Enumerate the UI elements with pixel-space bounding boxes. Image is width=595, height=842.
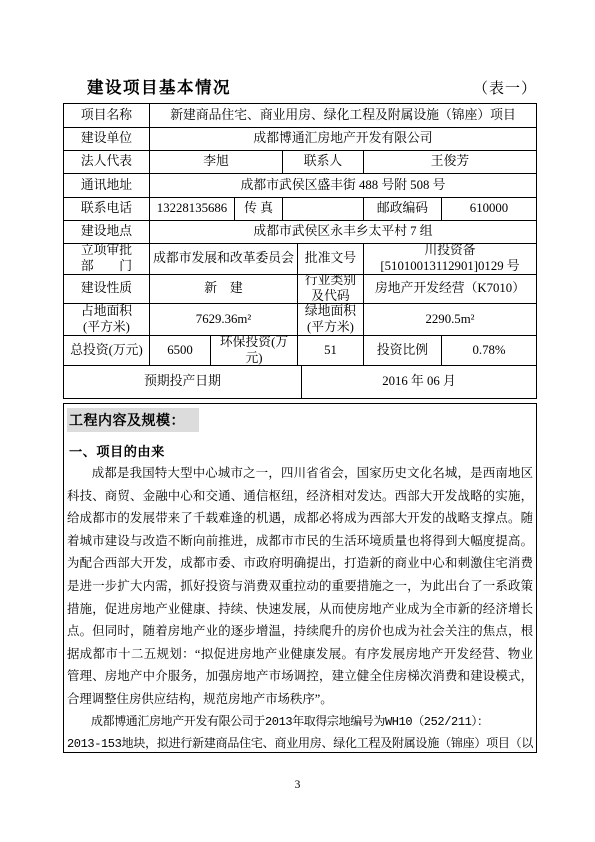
legal-rep-label: 法人代表 [64,151,149,173]
text-line: 着城市建设与改造不断向前推进，成都市市民的生活环境质量也将得到大幅度提高。 [67,530,533,553]
green-area-label-line2: (平方米) [305,320,356,336]
address-value: 成都市武侯区盛丰街 488 号附 508 号 [149,174,536,197]
page-header: 建设项目基本情况 （表一） [63,74,537,98]
fax-value [282,198,363,220]
phone-value: 13228135686 [149,198,234,220]
section-title: 工程内容及规模： [67,408,199,432]
area-label-line2: (平方米) [81,320,132,336]
project-name-label: 项目名称 [64,104,149,127]
table-row: 项目名称 新建商品住宅、商业用房、绿化工程及附属设施（锦座）项目 [64,104,536,127]
green-area-label-line1: 绿地面积 [305,304,356,320]
table-row: 立项审批 部 门 成都市发展和改革委员会 批准文号 川投资备 [51010013… [64,243,536,274]
paragraph: 成都博通汇房地产开发有限公司于2013年取得宗地编号为WH10（252/211）… [67,711,533,753]
investment-ratio-label: 投资比例 [363,336,441,365]
site-value: 成都市武侯区永丰乡太平村 7 组 [149,221,536,243]
page-number: 3 [0,779,595,791]
approval-doc-line1: 川投资备 [380,244,519,259]
text-line: 管理、房地产中介服务，加强房地产市场调控，建立健全住房梯次消费和建设模式， [67,665,533,688]
table-row: 建设单位 成都博通汇房地产开发有限公司 [64,127,536,150]
text-line: 措施，促进房地产业健康、持续、快速发展，从而使房地产业成为全市新的经济增长 [67,598,533,621]
text-line: 给成都市的发展带来了千载难逢的机遇，成都必将成为西部大开发的战略支撑点。随 [67,507,533,530]
industry-label: 行业类别 及代码 [297,275,363,303]
table-row: 预期投产日期 2016 年 06 月 [64,365,536,398]
approval-dept-label-line2: 部 门 [81,259,132,274]
paragraph: 成都是我国特大型中心城市之一，四川省省会，国家历史文化名城，是西南地区 科技、商… [67,462,533,711]
contact-label: 联系人 [282,151,363,173]
page-title: 建设项目基本情况 [87,74,231,98]
total-investment-value: 6500 [149,336,210,365]
fax-label: 传 真 [234,198,282,220]
project-name-value: 新建商品住宅、商业用房、绿化工程及附属设施（锦座）项目 [149,104,536,127]
industry-label-line2: 及代码 [305,289,356,303]
industry-value: 房地产开发经营（K7010） [363,275,536,303]
address-label: 通讯地址 [64,174,149,197]
green-area-value: 2290.5m² [363,304,536,335]
zip-label: 邮政编码 [363,198,441,220]
project-content-section: 工程内容及规模： 一、项目的由来 成都是我国特大型中心城市之一，四川省省会，国家… [63,403,537,753]
basic-info-table: 项目名称 新建商品住宅、商业用房、绿化工程及附属设施（锦座）项目 建设单位 成都… [63,103,537,399]
table-row: 通讯地址 成都市武侯区盛丰街 488 号附 508 号 [64,173,536,197]
approval-doc-value: 川投资备 [51010013112901]0129 号 [363,244,536,274]
text-line: 成都博通汇房地产开发有限公司于2013年取得宗地编号为WH10（252/211）… [67,711,533,734]
contact-value: 王俊芳 [363,151,536,173]
env-investment-value: 51 [297,336,363,365]
area-value: 7629.36m² [149,304,297,335]
text-line: 科技、商贸、金融中心和交通、通信枢纽，经济相对发达。西部大开发战略的实施， [67,485,533,508]
table-row: 建设地点 成都市武侯区永丰乡太平村 7 组 [64,220,536,243]
table-row: 法人代表 李旭 联系人 王俊芳 [64,150,536,173]
approval-doc-line2: [51010013112901]0129 号 [380,259,519,274]
text-line: 点。但同时，随着房地产业的逐步增温，持续爬升的房价也成为社会关注的焦点，根 [67,620,533,643]
text-line: 2013-153地块，拟进行新建商品住宅、商业用房、绿化工程及附属设施（锦座）项… [67,733,533,753]
text-line: 成都是我国特大型中心城市之一，四川省省会，国家历史文化名城，是西南地区 [67,462,533,485]
production-date-value: 2016 年 06 月 [301,366,536,398]
table-row: 总投资(万元) 6500 环保投资(万元) 51 投资比例 0.78% [64,335,536,365]
site-label: 建设地点 [64,221,149,243]
builder-label: 建设单位 [64,128,149,150]
nature-label: 建设性质 [64,275,149,303]
text-line: 是进一步扩大内需，抓好投资与消费双重拉动的重要措施之一，为此出台了一系政策 [67,575,533,598]
table-row: 占地面积 (平方米) 7629.36m² 绿地面积 (平方米) 2290.5m² [64,303,536,335]
area-label-line1: 占地面积 [81,304,132,320]
legal-rep-value: 李旭 [149,151,282,173]
nature-value: 新 建 [149,275,297,303]
approval-doc-label: 批准文号 [297,244,363,274]
production-date-label: 预期投产日期 [64,366,301,398]
table-row: 建设性质 新 建 行业类别 及代码 房地产开发经营（K7010） [64,274,536,303]
table-row: 联系电话 13228135686 传 真 邮政编码 610000 [64,197,536,220]
approval-dept-value: 成都市发展和改革委员会 [149,244,297,274]
document-page: 建设项目基本情况 （表一） 项目名称 新建商品住宅、商业用房、绿化工程及附属设施… [0,0,595,842]
total-investment-label: 总投资(万元) [64,336,149,365]
form-number-tag: （表一） [473,77,537,98]
approval-dept-label: 立项审批 部 门 [64,244,149,274]
area-label: 占地面积 (平方米) [64,304,149,335]
section-heading: 一、项目的由来 [69,441,533,460]
zip-value: 610000 [441,198,536,220]
approval-dept-label-line1: 立项审批 [81,244,132,259]
builder-value: 成都博通汇房地产开发有限公司 [149,128,536,150]
text-line: 合理调整住房供应结构，规范房地产市场秩序”。 [67,688,533,711]
industry-label-line1: 行业类别 [305,275,356,289]
phone-label: 联系电话 [64,198,149,220]
env-investment-label: 环保投资(万元) [210,336,297,365]
text-line: 据成都市十二五规划：“拟促进房地产业健康发展。有序发展房地产开发经营、物业 [67,643,533,666]
investment-ratio-value: 0.78% [441,336,536,365]
text-line: 为配合西部大开发，成都市委、市政府明确提出，打造新的商业中心和刺激住宅消费 [67,552,533,575]
green-area-label: 绿地面积 (平方米) [297,304,363,335]
